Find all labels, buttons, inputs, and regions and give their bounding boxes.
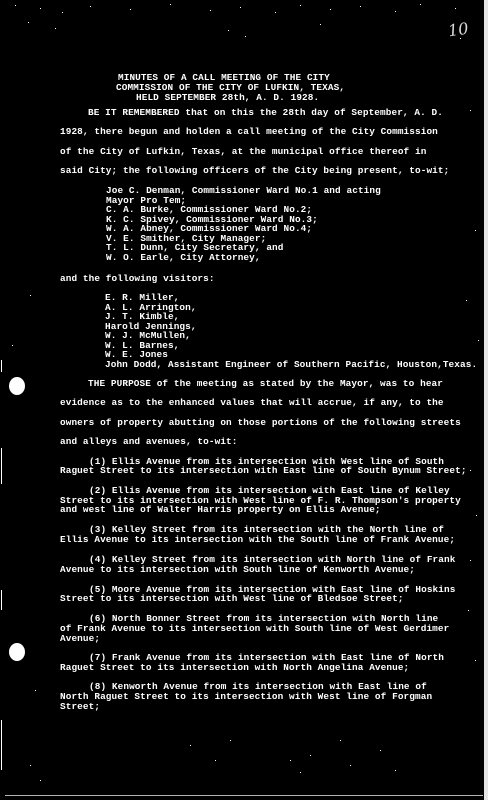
item-6-line-2: of Frank Avenue to its intersection with… [60,624,449,634]
intro-line-2: 1928, there begun and holden a call meet… [60,127,438,137]
purpose-line-2: evidence as to the enhanced values that … [60,398,444,408]
page-edge-mark [1,360,2,372]
punch-hole-icon [9,377,25,395]
item-7-line-2: Raguet Street to its intersection with N… [60,663,409,673]
title-line-3: HELD SEPTEMBER 28th, A. D. 1928. [136,93,319,103]
officer-line: W. O. Earle, City Attorney, [106,253,261,263]
item-1-line-2: Raguet Street to its intersection with E… [60,466,467,476]
punch-hole-icon [9,643,25,661]
document-page: 10 MINUTES OF A CALL MEETING OF THE CITY… [0,0,488,800]
purpose-line-1: THE PURPOSE of the meeting as stated by … [88,379,443,389]
item-5-line-2: Street to its intersection with West lin… [60,594,404,604]
page-edge [484,0,488,800]
item-3-line-2: Ellis Avenue to its intersection with th… [60,535,455,545]
page-edge-mark [1,720,2,770]
purpose-line-3: owners of property abutting on those por… [60,418,461,428]
page-edge-mark [1,448,2,484]
intro-line-3: of the City of Lufkin, Texas, at the mun… [60,147,426,157]
page-bottom-edge [5,795,483,796]
intro-line-4: said City; the following officers of the… [60,166,449,176]
intro-line-1: BE IT REMEMBERED that on this the 28th d… [88,108,443,118]
visitors-intro: and the following visitors: [60,274,215,284]
item-2-line-3: and west line of Walter Harris property … [60,505,381,515]
item-6-line-3: Avenue; [60,634,100,644]
item-8-line-3: Street; [60,702,100,712]
page-edge-mark [1,590,2,610]
purpose-line-4: and alleys and avenues, to-wit: [60,437,238,447]
item-4-line-2: Avenue to its intersection with South li… [60,565,415,575]
page-number: 10 [447,19,470,41]
item-8-line-2: North Raguet Street to its intersection … [60,692,432,702]
visitor-line: John Dodd, Assistant Engineer of Souther… [105,360,477,370]
